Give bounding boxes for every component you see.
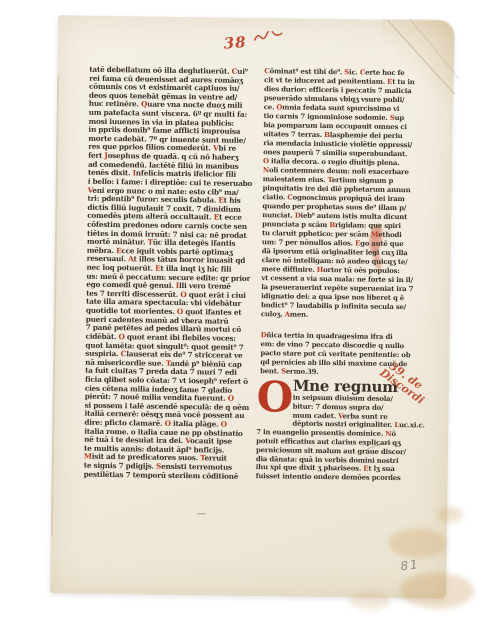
foxing-stain — [400, 572, 474, 609]
folio-flourish-icon — [254, 30, 284, 49]
lombard-initial: O — [256, 377, 293, 421]
text-line: pestilētias 7 temporū sterilem cōditionē — [84, 470, 244, 481]
foxing-stain — [389, 528, 447, 559]
folio-number: 38 — [223, 33, 247, 53]
photo-background: { "page": { "kind": "incunable leaf phot… — [0, 0, 500, 625]
deckle-edge-shading — [51, 75, 59, 535]
small-mark — [197, 513, 206, 514]
text-line: fuisset intentio ondere demōes pcordes — [256, 472, 398, 483]
left-text-column: tatē debellatum oō illa deglutiuerūt. Cu… — [84, 66, 250, 481]
foxing-stain — [350, 591, 390, 610]
pencil-number: 81 — [400, 557, 421, 573]
manuscript-page: 38 tatē debellatum oō illa deglutiuerūt.… — [50, 15, 454, 598]
sermon-rubric: Dñica tertia in quadragesima ifra diem: … — [260, 331, 397, 378]
right-text-column: Cōminat⁹ est tibi de⁹. Sic. Certe hoc fe… — [261, 67, 401, 321]
foxing-stain — [437, 507, 463, 523]
incipit-body-lines: dēptoris nostri originaliter. Luc.xi.c.7… — [256, 419, 399, 483]
sermon-opening: O Mne regnum in seipsum diuisum desola/b… — [256, 377, 399, 483]
